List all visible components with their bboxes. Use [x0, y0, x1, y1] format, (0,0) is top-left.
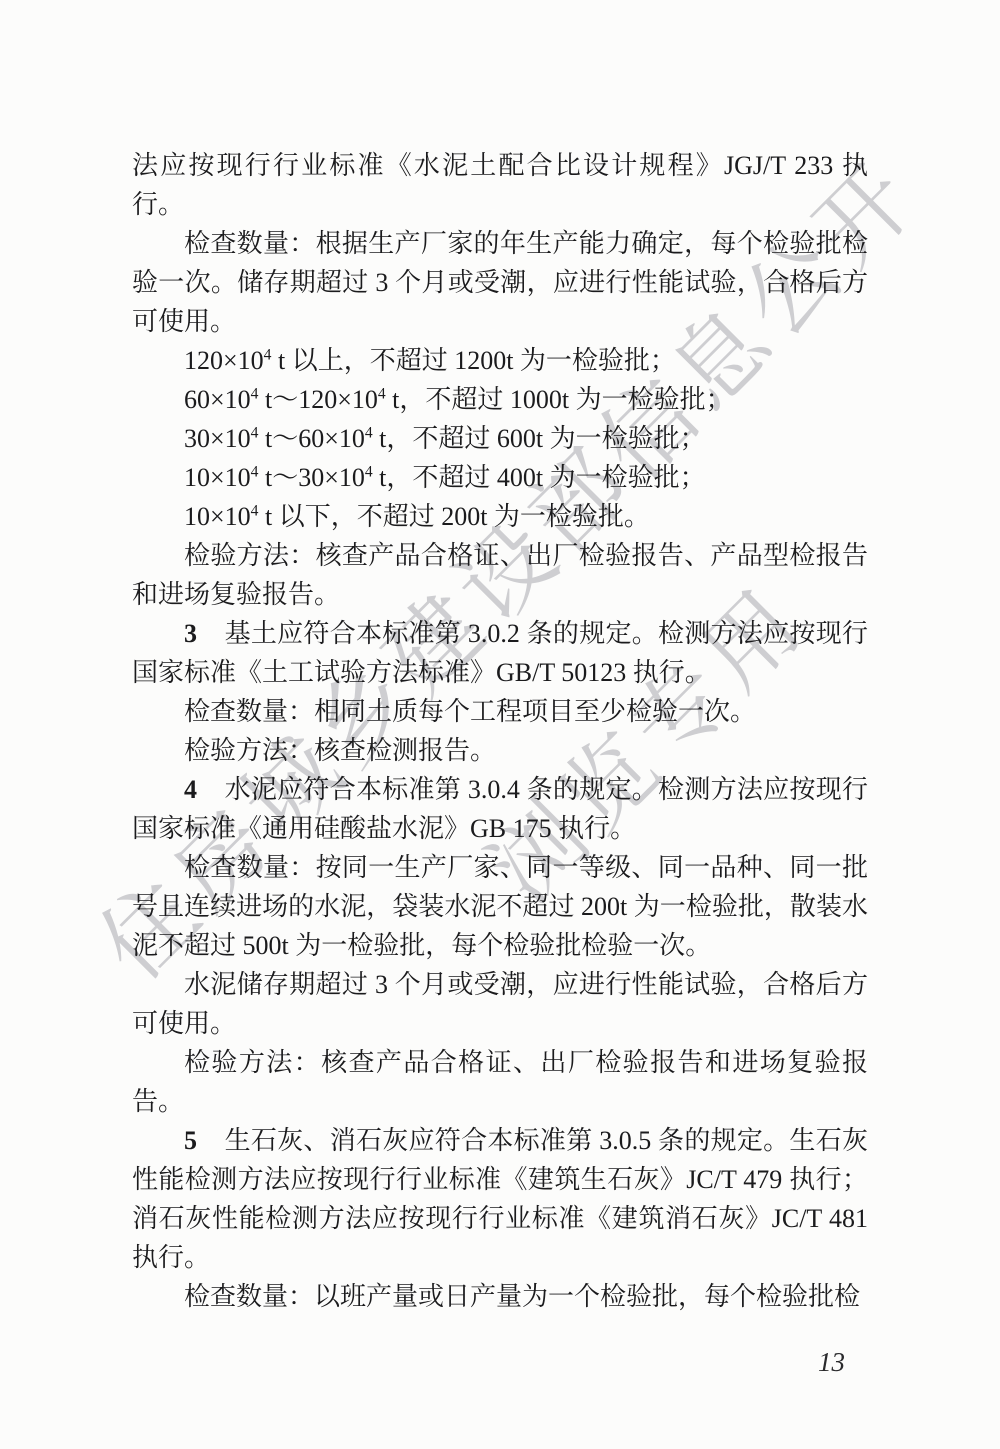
clause-number: 3: [184, 619, 224, 648]
paragraph: 检验方法：核查产品合格证、出厂检验报告和进场复验报告。: [132, 1043, 868, 1121]
text-run: 水泥应符合本标准第 3.0.4 条的规定。检测方法应按现行国家标准《通用硅酸盐水…: [132, 775, 868, 843]
clause-number: 5: [184, 1126, 224, 1155]
paragraph: 水泥储存期超过 3 个月或受潮，应进行性能试验，合格后方可使用。: [132, 965, 868, 1043]
batch-rule-item: 10×104 t 以下，不超过 200t 为一检验批。: [132, 497, 868, 536]
paragraph: 检验方法：核查检测报告。: [132, 731, 868, 770]
exponent: 4: [365, 463, 373, 480]
batch-rule-item: 10×104 t～30×104 t，不超过 400t 为一检验批；: [132, 458, 868, 497]
paragraph: 检查数量：根据生产厂家的年生产能力确定，每个检验批检验一次。储存期超过 3 个月…: [132, 224, 868, 341]
text-run: t 以下，不超过 200t 为一检验批。: [258, 502, 649, 531]
paragraph: 检查数量：相同土质每个工程项目至少检验一次。: [132, 692, 868, 731]
exponent: 4: [365, 424, 373, 441]
clause-number: 4: [184, 775, 224, 804]
text-run: t～120×10: [258, 385, 377, 414]
text-run: t～60×10: [258, 424, 364, 453]
batch-rule-item: 60×104 t～120×104 t，不超过 1000t 为一检验批；: [132, 380, 868, 419]
text-run: 10×10: [184, 463, 251, 492]
paragraph: 检查数量：以班产量或日产量为一个检验批，每个检验批检: [132, 1277, 868, 1316]
text-run: 10×10: [184, 502, 251, 531]
clause-item: 4水泥应符合本标准第 3.0.4 条的规定。检测方法应按现行国家标准《通用硅酸盐…: [132, 770, 868, 848]
paragraph-continuation: 法应按现行行业标准《水泥土配合比设计规程》JGJ/T 233 执行。: [132, 146, 868, 224]
text-run: t～30×10: [258, 463, 364, 492]
text-run: t，不超过 1000t 为一检验批；: [386, 385, 732, 414]
text-run: 60×10: [184, 385, 251, 414]
text-block: 法应按现行行业标准《水泥土配合比设计规程》JGJ/T 233 执行。 检查数量：…: [132, 146, 868, 1316]
text-run: 生石灰、消石灰应符合本标准第 3.0.5 条的规定。生石灰性能检测方法应按现行行…: [132, 1126, 868, 1272]
paragraph: 检验方法：核查产品合格证、出厂检验报告、产品型检报告和进场复验报告。: [132, 536, 868, 614]
batch-rule-item: 30×104 t～60×104 t，不超过 600t 为一检验批；: [132, 419, 868, 458]
batch-rule-item: 120×104 t 以上，不超过 1200t 为一检验批；: [132, 341, 868, 380]
text-run: 120×10: [184, 346, 264, 375]
clause-item: 3基土应符合本标准第 3.0.2 条的规定。检测方法应按现行国家标准《土工试验方…: [132, 614, 868, 692]
exponent: 4: [378, 385, 386, 402]
page-number: 13: [818, 1347, 845, 1378]
text-run: t 以上，不超过 1200t 为一检验批；: [271, 346, 675, 375]
text-run: 30×10: [184, 424, 251, 453]
paragraph: 检查数量：按同一生产厂家、同一等级、同一品种、同一批号且连续进场的水泥，袋装水泥…: [132, 848, 868, 965]
document-page: 住房城乡建设部信息公开 浏览专用 法应按现行行业标准《水泥土配合比设计规程》JG…: [0, 0, 1000, 1449]
text-run: t，不超过 400t 为一检验批；: [373, 463, 706, 492]
clause-item: 5生石灰、消石灰应符合本标准第 3.0.5 条的规定。生石灰性能检测方法应按现行…: [132, 1121, 868, 1277]
text-run: 基土应符合本标准第 3.0.2 条的规定。检测方法应按现行国家标准《土工试验方法…: [132, 619, 868, 687]
text-run: t，不超过 600t 为一检验批；: [373, 424, 706, 453]
